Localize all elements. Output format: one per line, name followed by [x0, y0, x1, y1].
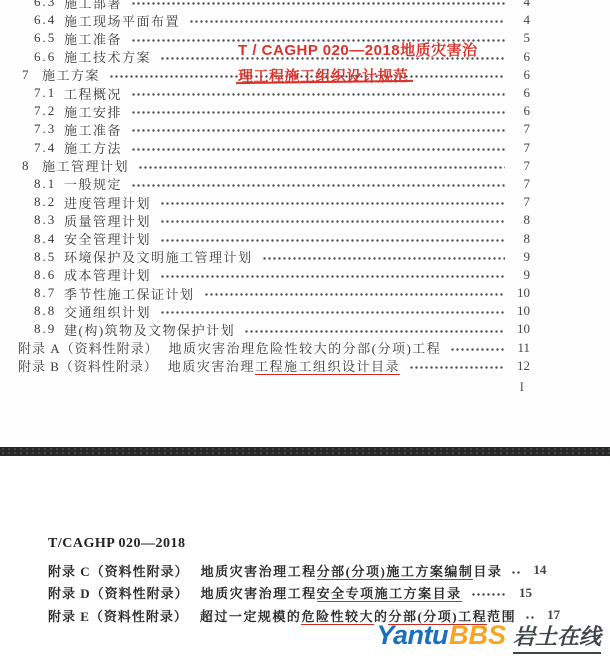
toc-entry-page-number: 8 — [510, 231, 530, 247]
toc-entry: 8.2 进度管理计划 7 — [0, 193, 610, 211]
toc-entry-number: 6.3 — [34, 0, 64, 10]
toc-entry: 7.1 工程概况 6 — [0, 84, 610, 102]
dot-leader — [160, 193, 505, 211]
toc-entry-page-number: 6 — [510, 103, 530, 119]
toc-entry-title: 施工准备 — [64, 29, 122, 48]
toc-title-segment: 施工准备 — [64, 32, 122, 47]
toc-entry-title: 安全管理计划 — [64, 229, 151, 248]
toc-entry-page-number: 7 — [510, 140, 530, 156]
toc-entry-number: 附录 C（资料性附录） — [48, 561, 189, 580]
toc-entry-title: 施工准备 — [64, 120, 122, 139]
toc-page-1: 6.3 施工部署 4 6.4 施工现场平面布置 4 6.5 施工准备 5 6.6… — [0, 0, 610, 447]
toc-entry-number: 8.7 — [34, 285, 64, 301]
toc-entry-page-number: 7 — [510, 194, 530, 210]
toc-title-segment: 施工方案 — [42, 68, 100, 83]
toc-entry-title: 施工方案 — [42, 65, 100, 84]
toc-entry-title: 季节性施工保证计划 — [64, 284, 195, 303]
toc-entry-title: 质量管理计划 — [64, 211, 151, 230]
dot-leader — [160, 266, 505, 284]
toc-entry-title: 地质灾害治理工程分部(分项)施工方案编制目录 — [201, 561, 503, 580]
toc-entry: 8.4 安全管理计划 8 — [0, 229, 610, 247]
toc-entry: 6.5 施工准备 5 — [0, 29, 610, 47]
toc-entry-number: 8.1 — [34, 176, 64, 192]
toc-entry-number: 6.6 — [34, 49, 64, 65]
toc-entry-number: 7.1 — [34, 85, 64, 101]
toc-entry-page-number: 6 — [510, 67, 530, 83]
toc-entry-page-number: 9 — [510, 249, 530, 265]
toc-entry-page-number: 14 — [526, 562, 546, 578]
toc-entry-number: 8 — [22, 158, 42, 174]
toc-entry: 8.3 质量管理计划 8 — [0, 211, 610, 229]
toc-title-segment-red-underlined: 工程施工组织设计目录 — [255, 359, 400, 375]
toc-title-segment-red-underlined: 分部(分项)施工方案编制 — [317, 564, 474, 580]
dot-leader — [262, 248, 505, 266]
toc-title-segment: 安全管理计划 — [64, 232, 151, 247]
toc-entry-page-number: 7 — [510, 158, 530, 174]
toc-entry-number: 8.5 — [34, 249, 64, 265]
toc-title-segment: 质量管理计划 — [64, 214, 151, 229]
toc-entry-page-number: 7 — [510, 121, 530, 137]
toc-entry-page-number: 10 — [510, 303, 530, 319]
dot-leader — [131, 120, 505, 138]
toc-entry-page-number: 4 — [510, 12, 530, 28]
toc-entry: 8.1 一般规定 7 — [0, 175, 610, 193]
toc-entry-number: 7.3 — [34, 121, 64, 137]
toc-entry-page-number: 10 — [510, 321, 530, 337]
toc-entry: 6.6 施工技术方案 6 — [0, 48, 610, 66]
dot-leader — [471, 582, 507, 605]
toc-entry: 8.8 交通组织计划 10 — [0, 302, 610, 320]
dot-leader — [131, 139, 505, 157]
dot-leader — [244, 320, 505, 338]
toc-entry-number: 8.4 — [34, 231, 64, 247]
toc-title-segment: 进度管理计划 — [64, 196, 151, 211]
dot-leader — [160, 48, 505, 66]
toc-entry: 6.4 施工现场平面布置 4 — [0, 11, 610, 29]
toc-entry: 附录 A（资料性附录） 地质灾害治理危险性较大的分部(分项)工程 11 — [0, 339, 610, 357]
toc-entry-title: 施工方法 — [64, 138, 122, 157]
toc-entry-number: 附录 E（资料性附录） — [48, 606, 188, 625]
toc-entry-number: 6.4 — [34, 12, 64, 28]
toc-title-segment: 施工现场平面布置 — [64, 14, 180, 29]
toc-entry: 附录 C（资料性附录） 地质灾害治理工程分部(分项)施工方案编制目录 14 — [48, 559, 610, 582]
toc-title-segment: 地质灾害治理工程 — [201, 564, 317, 579]
toc-title-segment: 环境保护及文明施工管理计划 — [64, 250, 253, 265]
toc-entry-number: 8.3 — [34, 212, 64, 228]
toc-title-segment: 施工管理计划 — [42, 159, 129, 174]
toc-title-segment: 地质灾害治理工程 — [201, 586, 317, 601]
toc-entry-title: 施工技术方案 — [64, 47, 151, 66]
toc-title-segment: 季节性施工保证计划 — [64, 287, 195, 302]
toc-entry-title: 地质灾害治理工程施工组织设计目录 — [168, 356, 400, 375]
dot-leader — [131, 0, 505, 11]
toc-list-page-1: 6.3 施工部署 4 6.4 施工现场平面布置 4 6.5 施工准备 5 6.6… — [0, 0, 610, 375]
toc-entry: 8 施工管理计划 7 — [0, 157, 610, 175]
toc-title-segment: 施工安排 — [64, 105, 122, 120]
toc-title-segment: 地质灾害治理危险性较大的分部(分项)工程 — [169, 341, 442, 356]
dot-leader — [160, 302, 505, 320]
toc-title-segment: 超过一定规模的 — [200, 609, 302, 624]
dot-leader — [131, 29, 505, 47]
toc-entry-title: 一般规定 — [64, 174, 122, 193]
toc-entry-page-number: 5 — [510, 30, 530, 46]
toc-entry: 7.4 施工方法 7 — [0, 139, 610, 157]
toc-entry-number: 附录 A（资料性附录） — [18, 338, 159, 357]
toc-entry: 8.6 成本管理计划 9 — [0, 266, 610, 284]
toc-title-segment: 一般规定 — [64, 177, 122, 192]
dot-leader — [138, 157, 505, 175]
document-code-header: T/CAGHP 020—2018 — [48, 536, 610, 552]
toc-entry-title: 施工管理计划 — [42, 156, 129, 175]
toc-entry-page-number: 4 — [510, 0, 530, 10]
page-separator — [0, 447, 610, 456]
toc-title-segment: 施工部署 — [64, 0, 122, 11]
toc-title-segment: 施工方法 — [64, 141, 122, 156]
dot-leader — [131, 84, 505, 102]
toc-entry-number: 8.8 — [34, 303, 64, 319]
toc-entry-page-number: 9 — [510, 267, 530, 283]
page-folio: I — [0, 379, 610, 395]
toc-title-segment: 交通组织计划 — [64, 305, 151, 320]
toc-list-page-2: 附录 C（资料性附录） 地质灾害治理工程分部(分项)施工方案编制目录 14 附录… — [0, 559, 610, 627]
logo-cjk-text: 岩土在线 — [513, 620, 601, 654]
dot-leader — [160, 211, 505, 229]
toc-entry: 附录 B（资料性附录） 地质灾害治理工程施工组织设计目录 12 — [0, 357, 610, 375]
toc-entry-page-number: 12 — [510, 358, 530, 374]
toc-entry: 8.9 建(构)筑物及文物保护计划 10 — [0, 320, 610, 338]
toc-entry: 6.3 施工部署 4 — [0, 0, 610, 11]
toc-entry-page-number: 8 — [510, 212, 530, 228]
toc-entry: 7.3 施工准备 7 — [0, 120, 610, 138]
toc-entry-title: 成本管理计划 — [64, 265, 151, 284]
dot-leader — [160, 229, 505, 247]
dot-leader — [131, 175, 505, 193]
dot-leader — [450, 339, 505, 357]
toc-entry-page-number: 15 — [512, 585, 532, 601]
toc-entry-title: 交通组织计划 — [64, 302, 151, 321]
toc-entry-title: 环境保护及文明施工管理计划 — [64, 247, 253, 266]
toc-entry: 7.2 施工安排 6 — [0, 102, 610, 120]
toc-entry-number: 附录 B（资料性附录） — [18, 356, 158, 375]
toc-title-segment: 施工技术方案 — [64, 50, 151, 65]
logo-yantu-text: Yantu — [376, 620, 448, 651]
toc-entry-number: 8.9 — [34, 321, 64, 337]
toc-entry-title: 施工现场平面布置 — [64, 11, 180, 30]
toc-title-segment-red-underlined: 危险性较大 — [301, 609, 374, 625]
toc-entry-page-number: 10 — [510, 285, 530, 301]
dot-leader — [511, 559, 521, 582]
toc-title-segment: 施工准备 — [64, 123, 122, 138]
toc-entry-number: 7 — [22, 67, 42, 83]
toc-entry: 附录 D（资料性附录） 地质灾害治理工程安全专项施工方案目录 15 — [48, 582, 610, 605]
toc-entry-number: 7.4 — [34, 140, 64, 156]
toc-entry-page-number: 6 — [510, 49, 530, 65]
toc-entry-page-number: 6 — [510, 85, 530, 101]
toc-entry-title: 进度管理计划 — [64, 193, 151, 212]
toc-title-segment-red-underlined: 安全专项施工方案目录 — [317, 586, 462, 602]
toc-title-segment: 地质灾害治理 — [168, 359, 255, 374]
yantubbs-logo: YantuBBS 岩土在线 — [376, 620, 601, 654]
toc-entry-title: 地质灾害治理危险性较大的分部(分项)工程 — [169, 338, 442, 357]
toc-entry-number: 8.2 — [34, 194, 64, 210]
toc-entry-number: 7.2 — [34, 103, 64, 119]
logo-bbs-text: BBS — [449, 620, 506, 651]
toc-entry: 8.5 环境保护及文明施工管理计划 9 — [0, 248, 610, 266]
toc-entry-number: 8.6 — [34, 267, 64, 283]
toc-title-segment: 工程概况 — [64, 87, 122, 102]
toc-entry-title: 地质灾害治理工程安全专项施工方案目录 — [201, 583, 462, 602]
toc-entry-title: 建(构)筑物及文物保护计划 — [64, 320, 235, 339]
toc-entry-number: 附录 D（资料性附录） — [48, 583, 189, 602]
toc-entry: 8.7 季节性施工保证计划 10 — [0, 284, 610, 302]
dot-leader — [189, 11, 505, 29]
toc-title-segment: 成本管理计划 — [64, 268, 151, 283]
toc-title-segment: 目录 — [473, 564, 502, 579]
toc-entry-page-number: 7 — [510, 176, 530, 192]
dot-leader — [409, 357, 505, 375]
toc-title-segment: 建(构)筑物及文物保护计划 — [64, 323, 235, 338]
toc-page-2: T/CAGHP 020—2018 附录 C（资料性附录） 地质灾害治理工程分部(… — [0, 456, 610, 666]
toc-entry: 7 施工方案 6 — [0, 66, 610, 84]
dot-leader — [131, 102, 505, 120]
toc-entry-title: 工程概况 — [64, 84, 122, 103]
toc-entry-page-number: 11 — [510, 340, 530, 356]
dot-leader — [109, 66, 505, 84]
dot-leader — [204, 284, 505, 302]
toc-entry-number: 6.5 — [34, 30, 64, 46]
toc-entry-title: 施工安排 — [64, 102, 122, 121]
